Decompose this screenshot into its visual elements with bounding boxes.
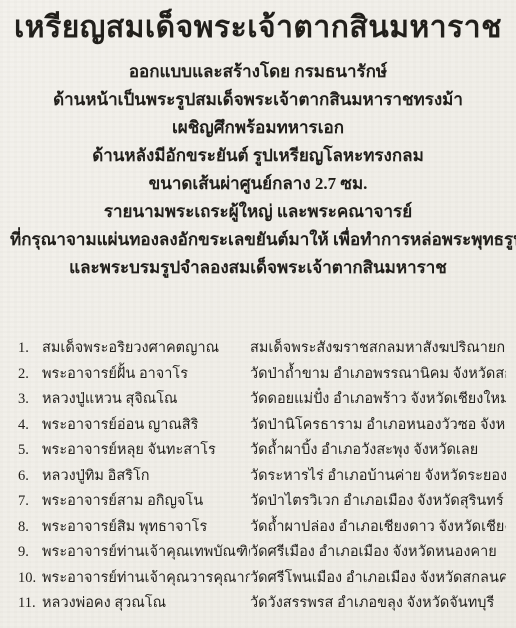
item-number: 11.: [18, 591, 42, 617]
intro-line: และพระบรมรูปจำลองสมเด็จพระเจ้าตากสินมหาร…: [10, 254, 506, 282]
list-item: 1. สมเด็จพระอริยวงศาคตญาณ สมเด็จพระสังฆร…: [18, 336, 506, 362]
item-name: หลวงปู่แหวน สุจิณโณ: [42, 387, 250, 413]
item-number: 9.: [18, 540, 42, 566]
item-number: 6.: [18, 464, 42, 490]
item-number: 4.: [18, 413, 42, 439]
item-number: 7.: [18, 489, 42, 515]
item-name: พระอาจารย์สาม อกิญจโน: [42, 489, 250, 515]
item-number: 10.: [18, 566, 42, 592]
item-name: หลวงปู่ทิม อิสริโก: [42, 464, 250, 490]
intro-line: รายนามพระเถระผู้ใหญ่ และพระคณาจารย์: [10, 198, 506, 226]
document-title: เหรียญสมเด็จพระเจ้าตากสินมหาราช: [10, 8, 506, 48]
list-item: 3. หลวงปู่แหวน สุจิณโณ วัดดอยแม่ปั๋ง อำเ…: [18, 387, 506, 413]
list-item: 7. พระอาจารย์สาม อกิญจโน วัดป่าไตรวิเวก …: [18, 489, 506, 515]
item-location: วัดป่าถ้ำขาม อำเภอพรรณานิคม จังหวัดสกลนค…: [250, 362, 506, 388]
list-item: 11. หลวงพ่อคง สุวณโณ วัดวังสรรพรส อำเภอข…: [18, 591, 506, 617]
list-item: 4. พระอาจารย์อ่อน ญาณสิริ วัดป่านิโครธาร…: [18, 413, 506, 439]
item-number: 3.: [18, 387, 42, 413]
item-name: พระอาจารย์อ่อน ญาณสิริ: [42, 413, 250, 439]
list-item: 2. พระอาจารย์ฝั้น อาจาโร วัดป่าถ้ำขาม อำ…: [18, 362, 506, 388]
item-name: สมเด็จพระอริยวงศาคตญาณ: [42, 336, 250, 362]
item-location: วัดระหารไร่ อำเภอบ้านค่าย จังหวัดระยอง: [250, 464, 506, 490]
scanned-document-page: เหรียญสมเด็จพระเจ้าตากสินมหาราช ออกแบบแล…: [0, 0, 516, 628]
list-item: 6. หลวงปู่ทิม อิสริโก วัดระหารไร่ อำเภอบ…: [18, 464, 506, 490]
list-item: 9. พระอาจารย์ท่านเจ้าคุณเทพบัณฑิต วัดศรี…: [18, 540, 506, 566]
list-item: 5. พระอาจารย์หลุย จันทะสาโร วัดถ้ำผาบิ้ง…: [18, 438, 506, 464]
item-name: พระอาจารย์ท่านเจ้าคุณเทพบัณฑิต: [42, 540, 250, 566]
list-item: 10. พระอาจารย์ท่านเจ้าคุณวารคุณากรณ์ วัด…: [18, 566, 506, 592]
item-location: วัดป่านิโครธาราม อำเภอหนองวัวซอ จังหวัดอ…: [250, 413, 506, 439]
intro-line: ออกแบบและสร้างโดย กรมธนารักษ์: [10, 58, 506, 86]
intro-line: ขนาดเส้นผ่าศูนย์กลาง 2.7 ซม.: [10, 170, 506, 198]
item-location: วัดดอยแม่ปั๋ง อำเภอพร้าว จังหวัดเชียงใหม…: [250, 387, 506, 413]
item-name: หลวงพ่อคง สุวณโณ: [42, 591, 250, 617]
item-name: พระอาจารย์สิม พุทธาจาโร: [42, 515, 250, 541]
item-location: วัดถ้ำผาปล่อง อำเภอเชียงดาว จังหวัดเชียง…: [250, 515, 506, 541]
item-location: วัดถ้ำผาบิ้ง อำเภอวังสะพุง จังหวัดเลย: [250, 438, 506, 464]
intro-line: ที่กรุณาจามแผ่นทองลงอักขระเลขยันต์มาให้ …: [10, 226, 506, 254]
item-number: 2.: [18, 362, 42, 388]
monk-list: 1. สมเด็จพระอริยวงศาคตญาณ สมเด็จพระสังฆร…: [10, 336, 506, 617]
item-number: 8.: [18, 515, 42, 541]
intro-line: ด้านหน้าเป็นพระรูปสมเด็จพระเจ้าตากสินมหา…: [10, 86, 506, 114]
item-location: วัดศรีเมือง อำเภอเมือง จังหวัดหนองคาย: [250, 540, 506, 566]
item-name: พระอาจารย์ฝั้น อาจาโร: [42, 362, 250, 388]
item-name: พระอาจารย์ท่านเจ้าคุณวารคุณากรณ์: [42, 566, 250, 592]
item-number: 5.: [18, 438, 42, 464]
item-location: วัดป่าไตรวิเวก อำเภอเมือง จังหวัดสุรินทร…: [250, 489, 506, 515]
item-number: 1.: [18, 336, 42, 362]
list-item: 8. พระอาจารย์สิม พุทธาจาโร วัดถ้ำผาปล่อง…: [18, 515, 506, 541]
item-name: พระอาจารย์หลุย จันทะสาโร: [42, 438, 250, 464]
item-location: วัดศรีโพนเมือง อำเภอเมือง จังหวัดสกลนคร: [250, 566, 506, 592]
item-location: วัดวังสรรพรส อำเภอขลุง จังหวัดจันทบุรี: [250, 591, 506, 617]
item-location: สมเด็จพระสังฆราชสกลมหาสังฆปริณายก (วัดรา…: [250, 336, 506, 362]
intro-section: ออกแบบและสร้างโดย กรมธนารักษ์ ด้านหน้าเป…: [10, 58, 506, 282]
intro-line: เผชิญศึกพร้อมทหารเอก: [10, 114, 506, 142]
intro-line: ด้านหลังมีอักขระยันต์ รูปเหรียญโลหะทรงกล…: [10, 142, 506, 170]
